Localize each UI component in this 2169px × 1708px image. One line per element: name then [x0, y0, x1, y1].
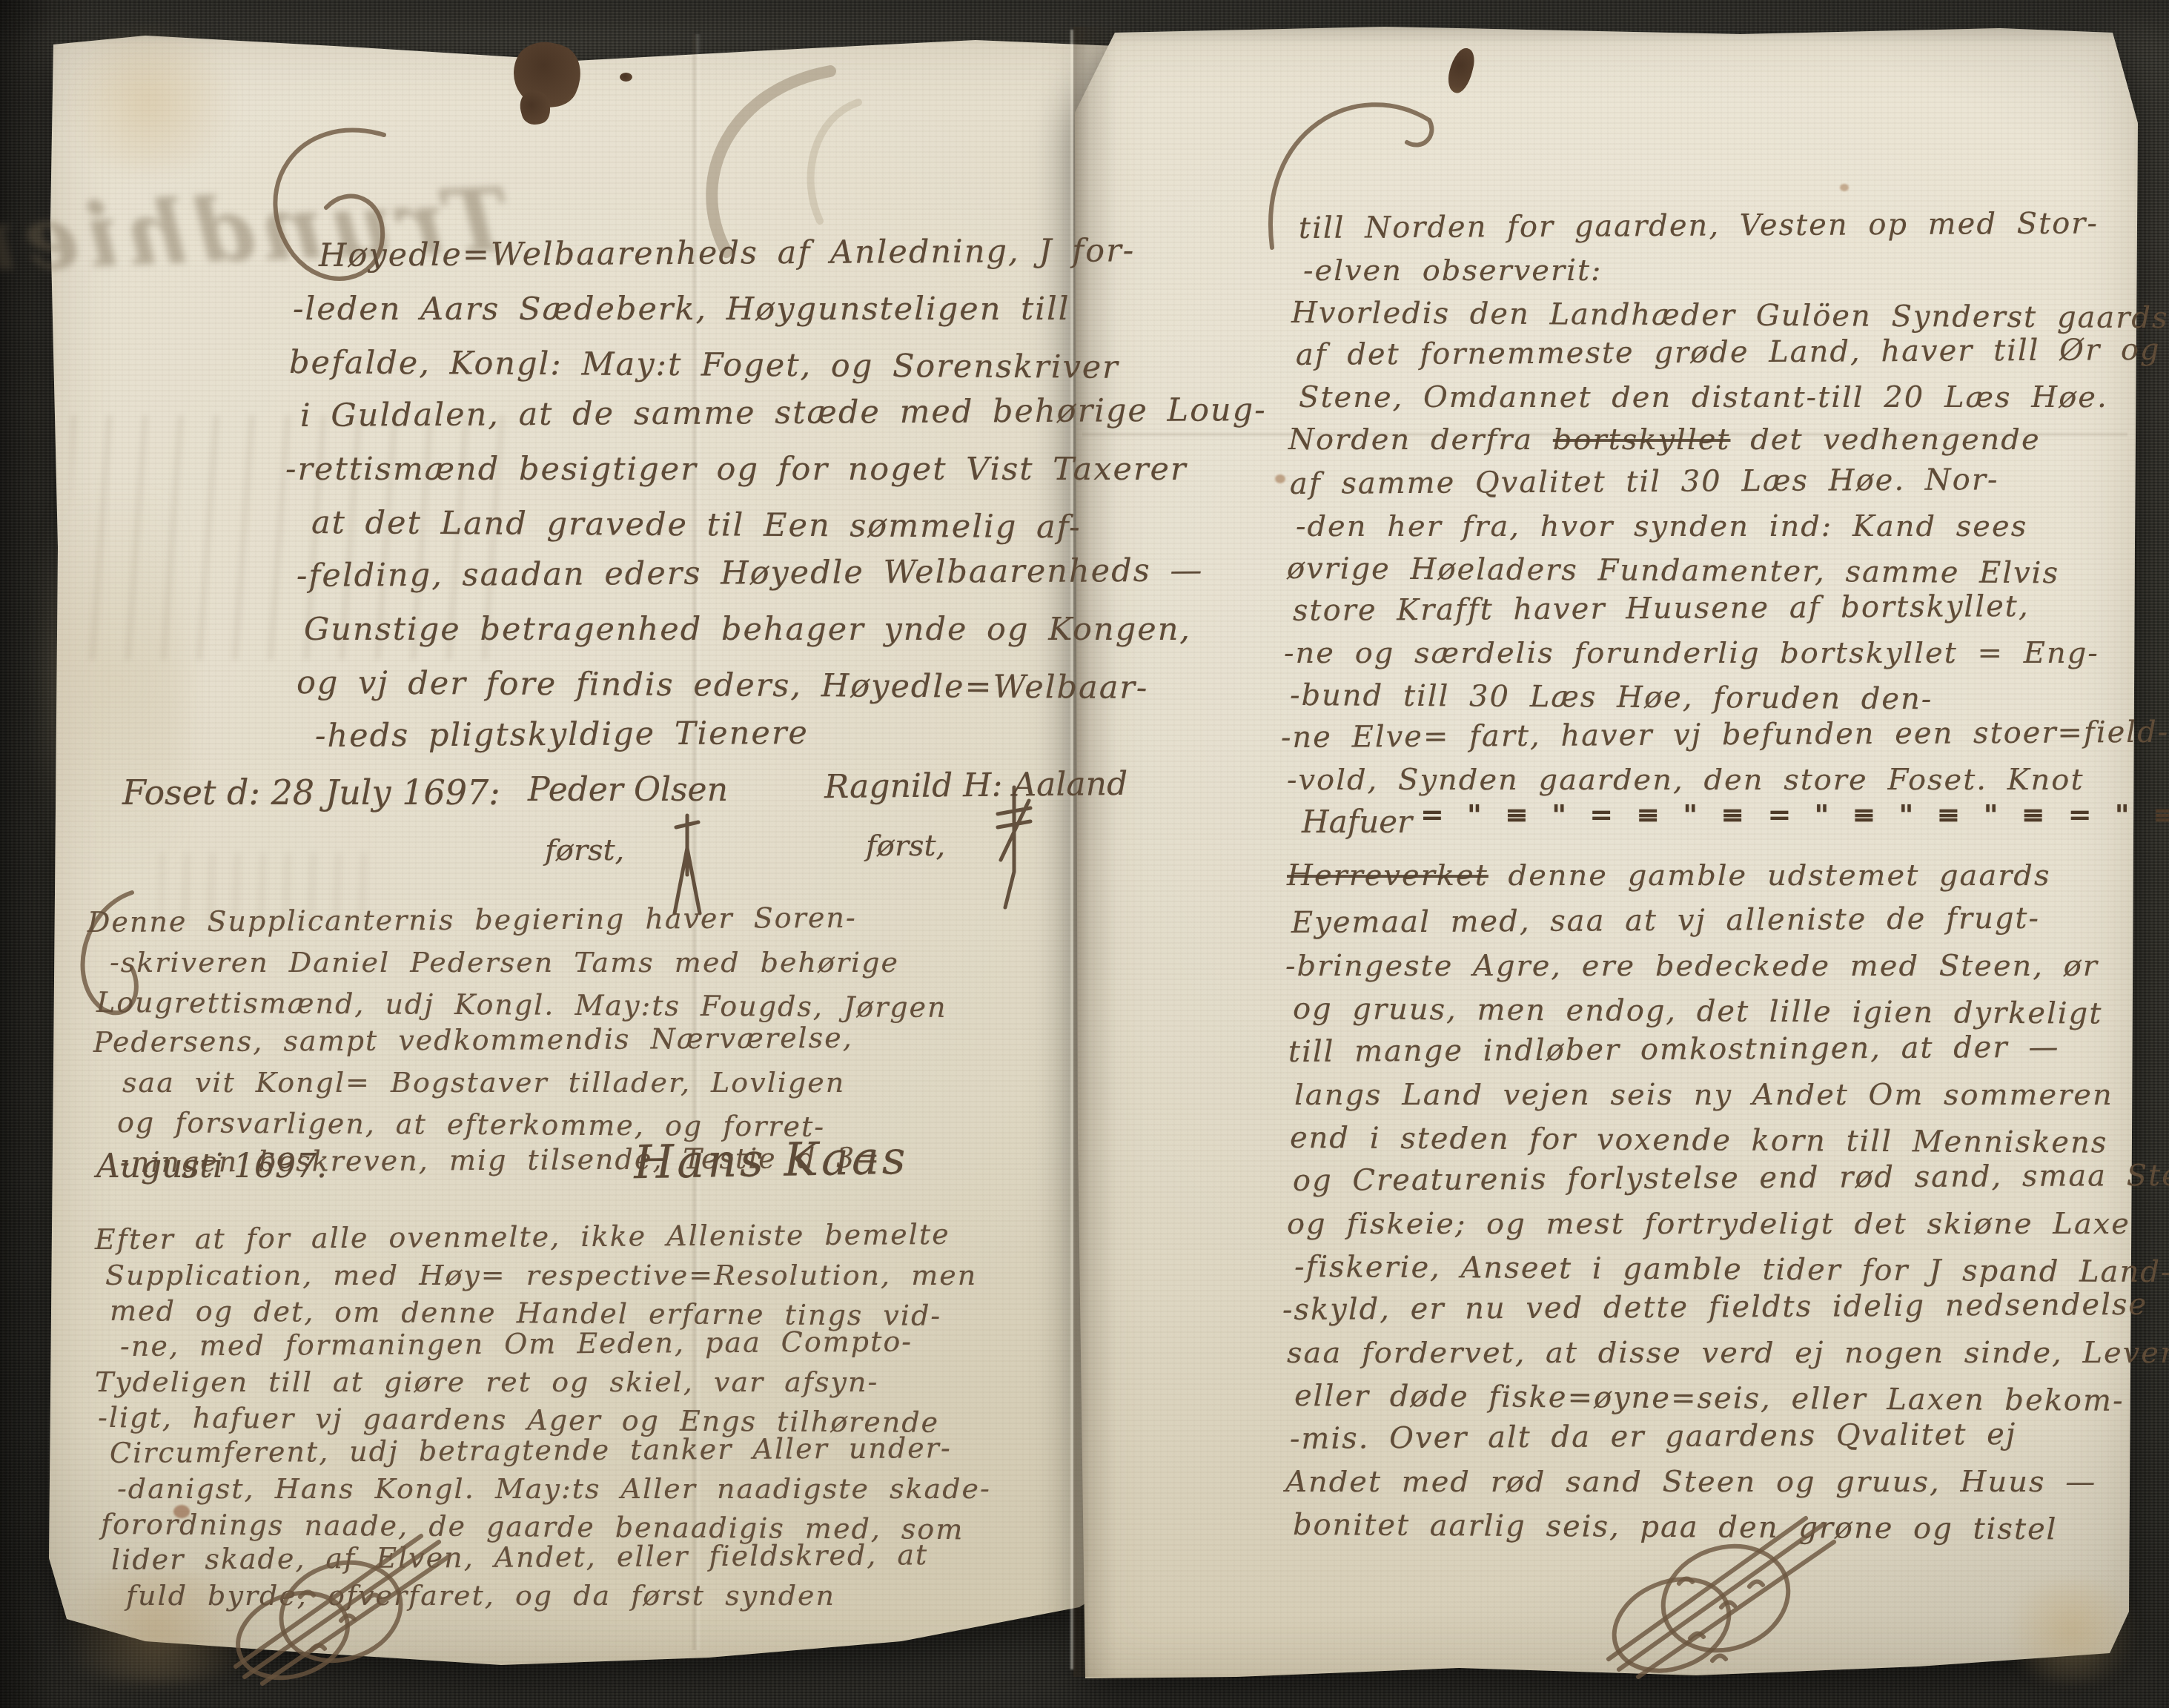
- manuscript-line: Høyedle=Welbaarenheds af Anledning, J fo…: [319, 232, 1135, 274]
- signature-name: Hans Kaas: [633, 1131, 909, 1189]
- bumerke-asterisk-icon: [992, 783, 1036, 916]
- manuscript-line: -fiskerie, Anseet i gamble tider for J s…: [1294, 1250, 2169, 1289]
- manuscript-line: -ne Elve= fart, haver vj befunden een st…: [1281, 715, 2169, 755]
- manuscript-line: -elven observerit:: [1303, 254, 1602, 288]
- manuscript-line: Hvorledis den Landhæder Gulöen Synderst …: [1291, 296, 2169, 335]
- manuscript-line: -skyld, er nu ved dette fieldts idelig n…: [1282, 1288, 2148, 1327]
- manuscript-line: store Krafft haver Huusene af bortskylle…: [1293, 589, 2030, 628]
- manuscript-line: i Guldalen, at de samme stæde med behøri…: [300, 391, 1267, 434]
- manuscript-line: -rettismænd besigtiger og for noget Vist…: [285, 451, 1187, 488]
- manuscript-line: Andet med rød sand Steen og gruus, Huus …: [1285, 1465, 2096, 1499]
- paraph-flourish-left: [230, 1532, 452, 1687]
- manuscript-line: -vold, Synden gaarden, den store Foset. …: [1287, 763, 2084, 797]
- manuscript-line: -skriveren Daniel Pedersen Tams med behø…: [110, 946, 899, 979]
- manuscript-line: -bund till 30 Læs Høe, foruden den-: [1290, 678, 1933, 716]
- struck-manuscript-line: Norden derfra bortskyllet det vedhengend…: [1288, 423, 2041, 457]
- bumerke-label-2: først,: [866, 829, 945, 863]
- manuscript-line: og fiskeie; og mest fortrydeligt det ski…: [1287, 1207, 2130, 1241]
- manuscript-line: -bringeste Agre, ere bedeckede med Steen…: [1285, 949, 2099, 983]
- manuscript-line: og vj der fore findis eders, Høyedle=Wel…: [297, 664, 1149, 706]
- line-segment: det vedhengende: [1730, 423, 2040, 457]
- manuscript-line: till Norden for gaarden, Vesten op med S…: [1299, 206, 2099, 245]
- date-place: Foset d: 28 July 1697:: [122, 772, 500, 812]
- struck-manuscript-line-2: Herreverket denne gamble udstemet gaards: [1287, 858, 2051, 893]
- bumerke-label-1: først,: [545, 833, 624, 867]
- manuscript-line: befalde, Kongl: May:t Foget, og Sorenskr…: [289, 344, 1119, 386]
- manuscript-line: -ne og særdelis forunderlig bortskyllet …: [1284, 636, 2099, 670]
- manuscript-line: till mange indløber omkostningen, at der…: [1288, 1030, 2060, 1069]
- manuscript-line: -heds pligtskyldige Tienere: [315, 715, 809, 755]
- manuscript-line: og gruus, men endog, det lille igien dyr…: [1293, 992, 2103, 1031]
- manuscript-line: at det Land gravede til Een sømmelig af-: [311, 504, 1082, 546]
- witness-name-2: Ragnild H: Aaland: [824, 765, 1128, 806]
- manuscript-line: Pedersens, sampt vedkommendis Nærværelse…: [93, 1022, 853, 1059]
- manuscript-line: -leden Aars Sædeberk, Høygunsteligen til…: [293, 291, 1070, 328]
- manuscript-line: Tydeligen till at giøre ret og skiel, va…: [95, 1366, 878, 1398]
- witness-name-1: Peder Olsen: [528, 771, 728, 809]
- manuscript-line: af samme Qvalitet til 30 Læs Høe. Nor-: [1290, 463, 1999, 501]
- archive-photo-stage: Trundhiems Høyedle=Welbaarenheds af Anle…: [0, 0, 2169, 1708]
- struck-word: Herreverket: [1287, 858, 1489, 893]
- manuscript-line: og Creaturenis forlystelse end rød sand,…: [1293, 1158, 2169, 1198]
- manuscript-line: -mis. Over alt da er gaardens Qvalitet e…: [1290, 1417, 2017, 1456]
- signature-date: Augusti 1697.: [96, 1148, 327, 1185]
- struck-word: bortskyllet: [1553, 423, 1731, 457]
- line-segment: denne gamble udstemet gaards: [1489, 858, 2051, 893]
- manuscript-line: Denne Supplicanternis begiering haver So…: [87, 901, 857, 939]
- manuscript-line: Stene, Omdannet den distant-till 20 Læs …: [1299, 380, 2108, 414]
- manuscript-line: øvrige Høeladers Fundamenter, samme Elvi…: [1287, 552, 2059, 590]
- manuscript-line: -felding, saadan eders Høyedle Welbaaren…: [297, 552, 1204, 595]
- manuscript-line: Gunstige betragenhed behager ynde og Kon…: [304, 611, 1191, 648]
- manuscript-line: Circumferent, udj betragtende tanker All…: [110, 1431, 952, 1469]
- manuscript-line: eller døde fiske=øyne=seis, eller Laxen …: [1294, 1379, 2125, 1418]
- filler-dashes: = " ≡ " = ≡ " ≡ = " ≡ " ≡ " ≡ = " ≡ " =: [1420, 798, 2169, 831]
- manuscript-line: Efter at for alle ovenmelte, ikke Alleni…: [95, 1218, 950, 1256]
- manuscript-line: saa vit Kongl= Bogstaver tillader, Lovli…: [122, 1066, 845, 1099]
- manuscript-line: Lougrettismænd, udj Kongl. May:ts Fougds…: [96, 986, 947, 1024]
- manuscript-line: saa fordervet, at disse verd ej nogen si…: [1287, 1336, 2169, 1370]
- manuscript-line: -ne, med formaningen Om Eeden, paa Compt…: [120, 1325, 913, 1363]
- manuscript-line: Eyemaal med, saa at vj alleniste de frug…: [1291, 901, 2040, 940]
- manuscript-line: end i steden for voxende korn till Menni…: [1290, 1121, 2108, 1160]
- manuscript-line: af det fornemmeste grøde Land, haver til…: [1296, 333, 2161, 372]
- manuscript-line: langs Land vejen seis ny Andet Om sommer…: [1294, 1078, 2113, 1112]
- line-segment: Norden derfra: [1288, 423, 1553, 457]
- filler-word: Hafuer: [1302, 804, 1412, 840]
- manuscript-line: -danigst, Hans Kongl. May:ts Aller naadi…: [117, 1472, 991, 1505]
- manuscript-line: Supplication, med Høy= respective=Resolu…: [105, 1259, 977, 1291]
- manuscript-line: -den her fra, hvor synden ind: Kand sees: [1296, 509, 2027, 543]
- paraph-flourish-right: [1601, 1512, 1838, 1683]
